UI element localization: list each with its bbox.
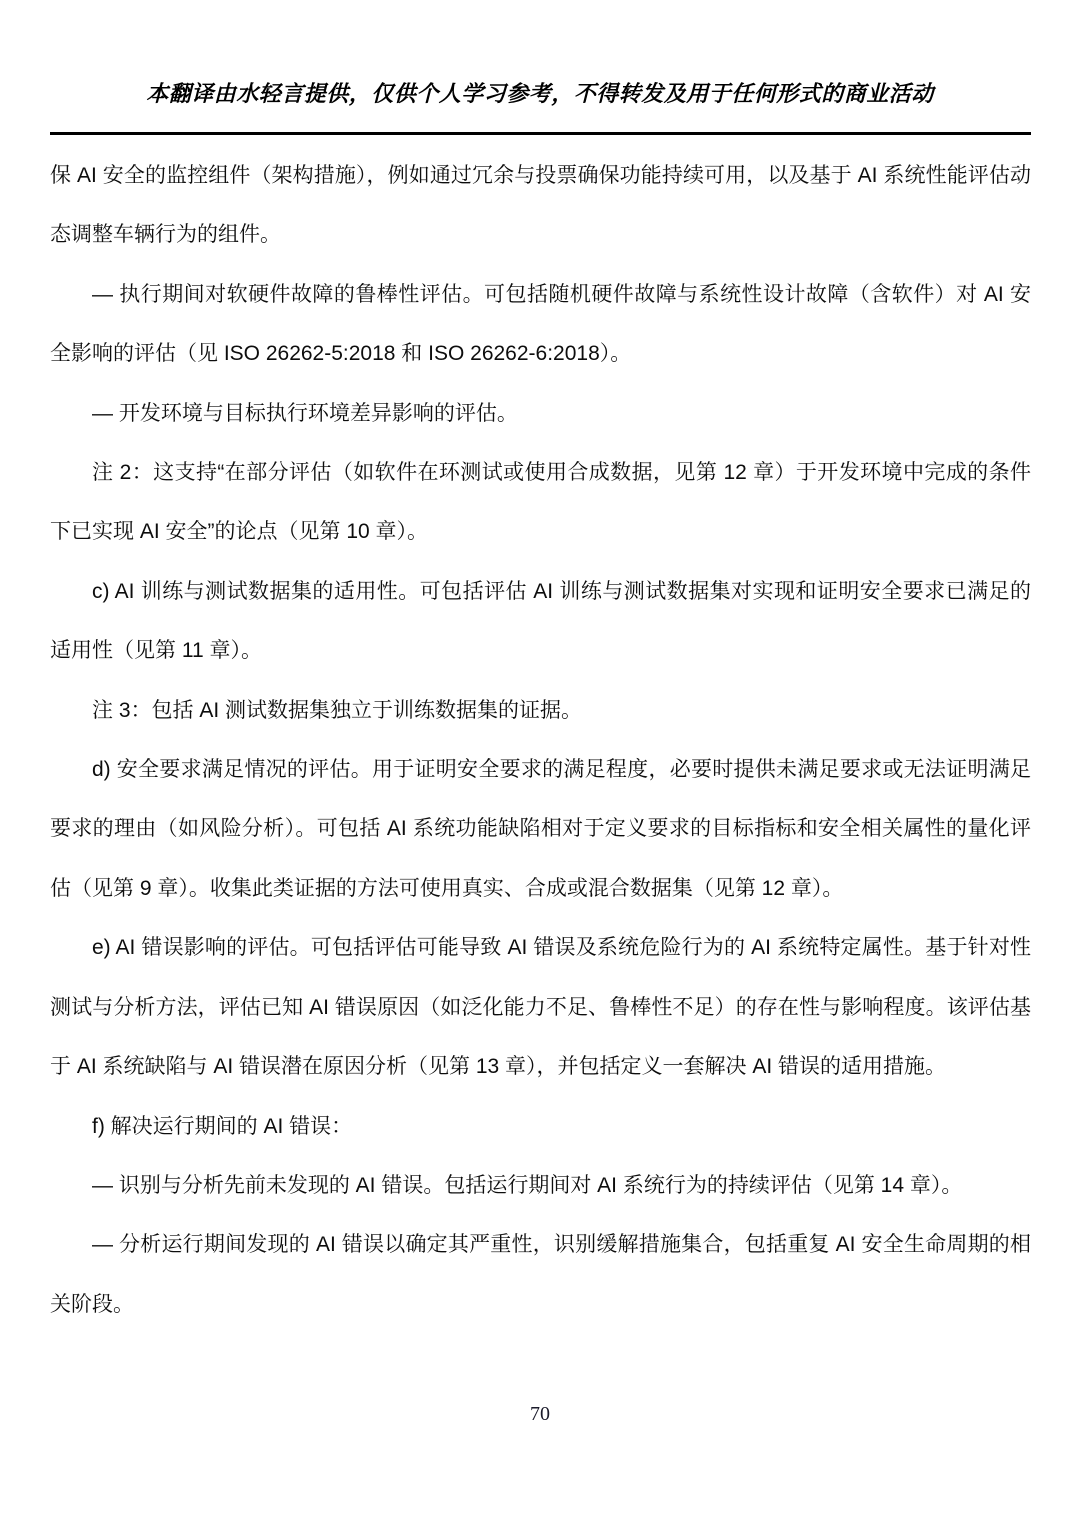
body-paragraph: — 执行期间对软硬件故障的鲁棒性评估。可包括随机硬件故障与系统性设计故障（含软件… [50,265,1031,384]
body-text: 保 AI 安全的监控组件（架构措施），例如通过冗余与投票确保功能持续可用，以及基… [50,146,1031,1334]
body-paragraph: 注 2：这支持“在部分评估（如软件在环测试或使用合成数据，见第 12 章）于开发… [50,443,1031,562]
body-paragraph: — 分析运行期间发现的 AI 错误以确定其严重性，识别缓解措施集合，包括重复 A… [50,1215,1031,1334]
document-page: 本翻译由水轻言提供，仅供个人学习参考，不得转发及用于任何形式的商业活动 保 AI… [0,0,1080,1527]
body-paragraph: — 识别与分析先前未发现的 AI 错误。包括运行期间对 AI 系统行为的持续评估… [50,1156,1031,1215]
body-paragraph: 注 3：包括 AI 测试数据集独立于训练数据集的证据。 [50,681,1031,740]
body-paragraph: 保 AI 安全的监控组件（架构措施），例如通过冗余与投票确保功能持续可用，以及基… [50,146,1031,265]
page-number: 70 [0,1400,1080,1428]
header-divider-rule [50,132,1031,135]
translation-disclaimer-header: 本翻译由水轻言提供，仅供个人学习参考，不得转发及用于任何形式的商业活动 [0,79,1080,109]
body-paragraph: d) 安全要求满足情况的评估。用于证明安全要求的满足程度，必要时提供未满足要求或… [50,740,1031,918]
body-paragraph: c) AI 训练与测试数据集的适用性。可包括评估 AI 训练与测试数据集对实现和… [50,562,1031,681]
body-paragraph: — 开发环境与目标执行环境差异影响的评估。 [50,384,1031,443]
body-paragraph: e) AI 错误影响的评估。可包括评估可能导致 AI 错误及系统危险行为的 AI… [50,918,1031,1096]
body-paragraph: f) 解决运行期间的 AI 错误： [50,1097,1031,1156]
